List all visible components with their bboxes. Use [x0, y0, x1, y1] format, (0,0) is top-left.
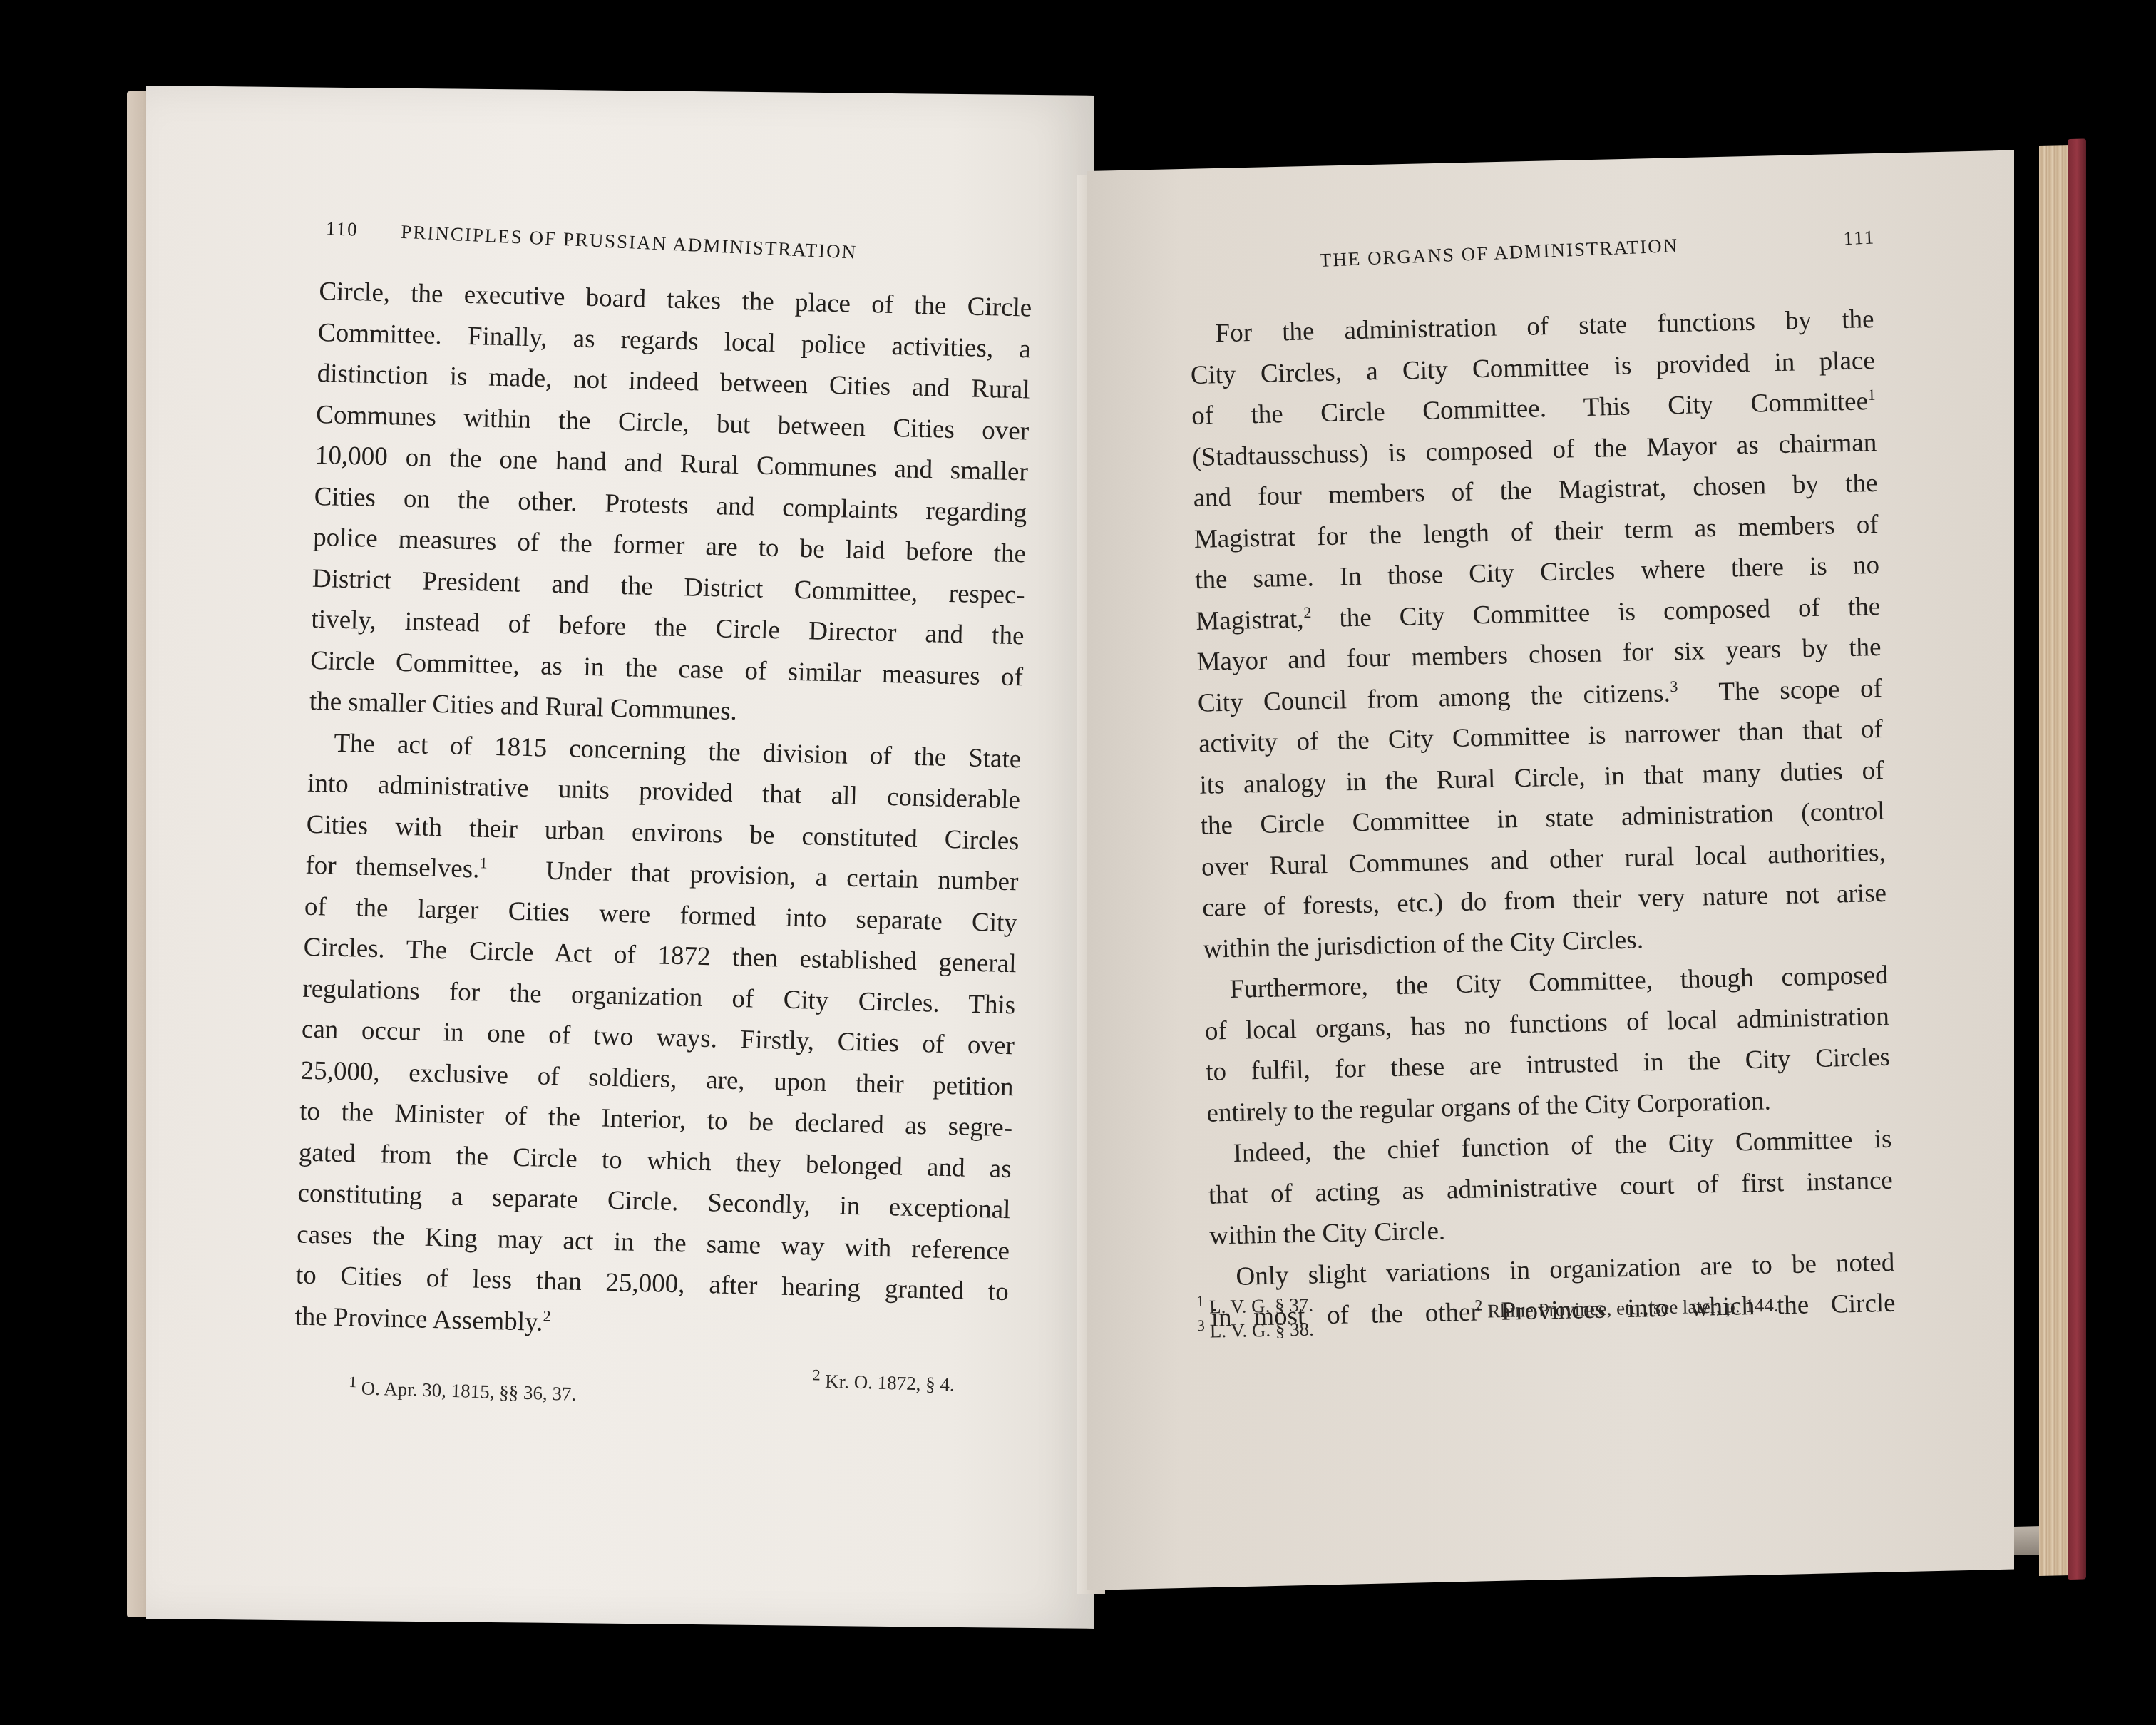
footnote-number: 1 — [1196, 1292, 1205, 1310]
footnote-text: O. Apr. 30, 1815, §§ 36, 37. — [361, 1377, 576, 1404]
left-page-number: 110 — [325, 214, 359, 244]
footnote-number: 2 — [812, 1366, 821, 1383]
footnote-marker: 3 — [1670, 677, 1678, 695]
footnote: 3 L. V. G. § 38. — [1197, 1316, 1314, 1344]
open-book: 110 PRINCIPLES OF PRUSSIAN ADMINISTRATIO… — [0, 0, 2156, 1725]
footnote-text: Kr. O. 1872, § 4. — [825, 1371, 955, 1396]
right-page-stack-edge — [2039, 145, 2071, 1576]
footnote-marker: 2 — [1303, 603, 1312, 621]
footnote-number: 2 — [1474, 1296, 1483, 1314]
footnote-marker: 2 — [543, 1306, 551, 1324]
footnote-number: 1 — [349, 1373, 357, 1391]
footnote-text: L. V. G. § 37. — [1209, 1294, 1314, 1318]
right-page-number: 111 — [1843, 222, 1876, 252]
footnote-marker: 1 — [1867, 386, 1876, 404]
footnote: 2 Kr. O. 1872, § 4. — [812, 1368, 955, 1398]
footnote-marker: 1 — [479, 854, 488, 871]
footnote-text: Rhine Province, etc., see later, p. 144. — [1487, 1294, 1779, 1322]
footnote-number: 3 — [1197, 1316, 1206, 1334]
footnote-text: L. V. G. § 38. — [1210, 1319, 1315, 1342]
book-cover-edge — [2068, 138, 2086, 1580]
